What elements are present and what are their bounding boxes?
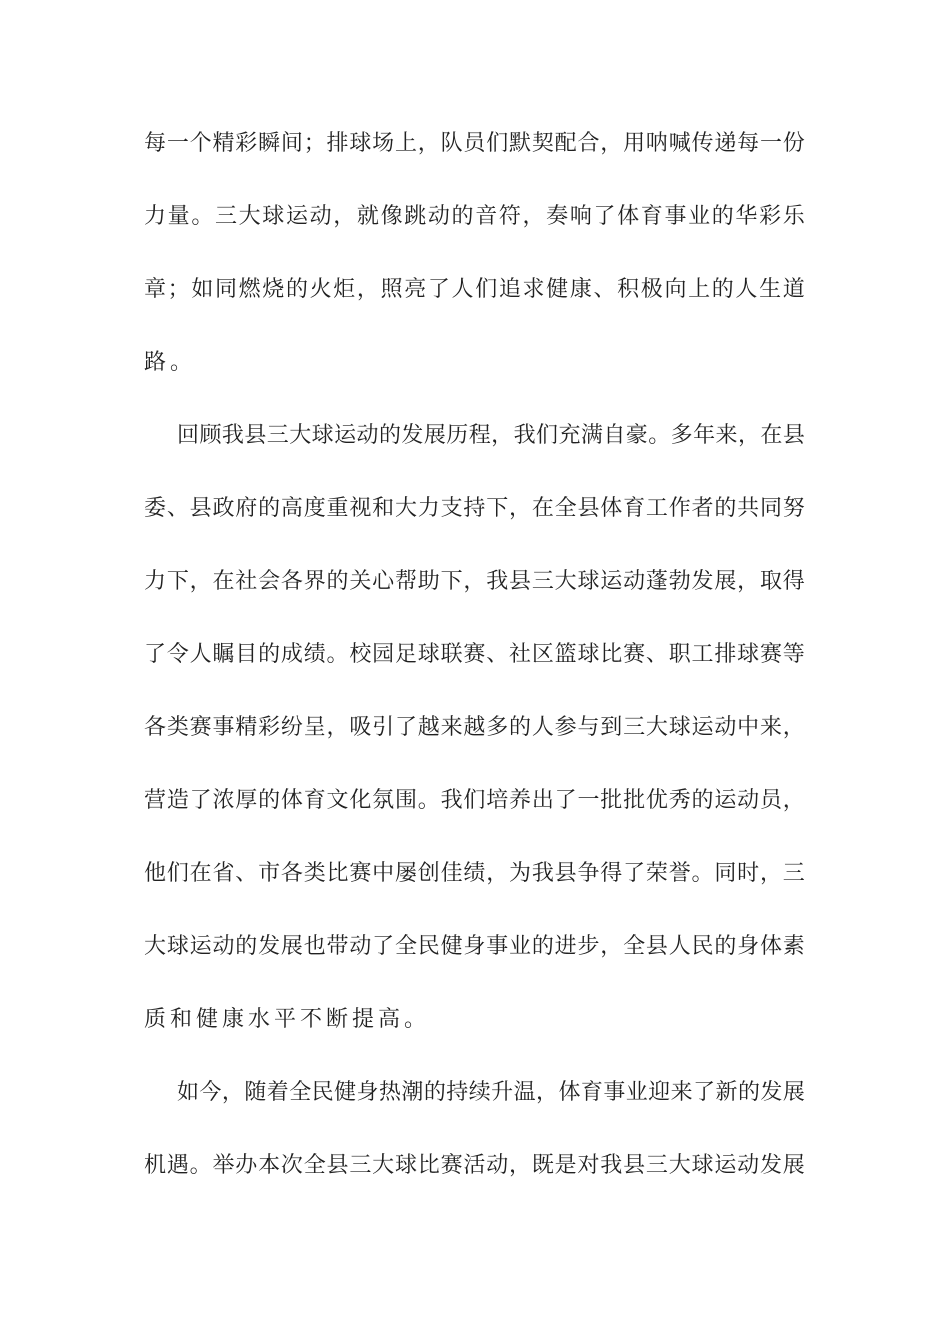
text-line: 如今，随着全民健身热潮的持续升温，体育事业迎来了新的发展 xyxy=(144,1055,805,1128)
text-line: 各类赛事精彩纷呈，吸引了越来越多的人参与到三大球运动中来， xyxy=(144,690,805,763)
text-line: 大球运动的发展也带动了全民健身事业的进步，全县人民的身体素 xyxy=(144,909,805,982)
text-line: 每一个精彩瞬间；排球场上，队员们默契配合，用呐喊传递每一份 xyxy=(144,106,805,179)
document-page: 每一个精彩瞬间；排球场上，队员们默契配合，用呐喊传递每一份力量。三大球运动，就像… xyxy=(0,0,950,1344)
text-line: 营造了浓厚的体育文化氛围。我们培养出了一批批优秀的运动员， xyxy=(144,763,805,836)
text-line: 回顾我县三大球运动的发展历程，我们充满自豪。多年来，在县 xyxy=(144,398,805,471)
paragraph: 如今，随着全民健身热潮的持续升温，体育事业迎来了新的发展机遇。举办本次全县三大球… xyxy=(144,1055,805,1201)
paragraph: 每一个精彩瞬间；排球场上，队员们默契配合，用呐喊传递每一份力量。三大球运动，就像… xyxy=(144,106,805,398)
text-line: 章；如同燃烧的火炬，照亮了人们追求健康、积极向上的人生道 xyxy=(144,252,805,325)
text-line: 质和健康水平不断提高。 xyxy=(144,982,805,1055)
text-line: 委、县政府的高度重视和大力支持下，在全县体育工作者的共同努 xyxy=(144,471,805,544)
text-line: 了令人瞩目的成绩。校园足球联赛、社区篮球比赛、职工排球赛等 xyxy=(144,617,805,690)
text-line: 路。 xyxy=(144,325,805,398)
paragraph: 回顾我县三大球运动的发展历程，我们充满自豪。多年来，在县委、县政府的高度重视和大… xyxy=(144,398,805,1055)
text-line: 力下，在社会各界的关心帮助下，我县三大球运动蓬勃发展，取得 xyxy=(144,544,805,617)
document-body: 每一个精彩瞬间；排球场上，队员们默契配合，用呐喊传递每一份力量。三大球运动，就像… xyxy=(144,106,805,1201)
text-line: 力量。三大球运动，就像跳动的音符，奏响了体育事业的华彩乐 xyxy=(144,179,805,252)
text-line: 机遇。举办本次全县三大球比赛活动，既是对我县三大球运动发展 xyxy=(144,1128,805,1201)
text-line: 他们在省、市各类比赛中屡创佳绩，为我县争得了荣誉。同时，三 xyxy=(144,836,805,909)
